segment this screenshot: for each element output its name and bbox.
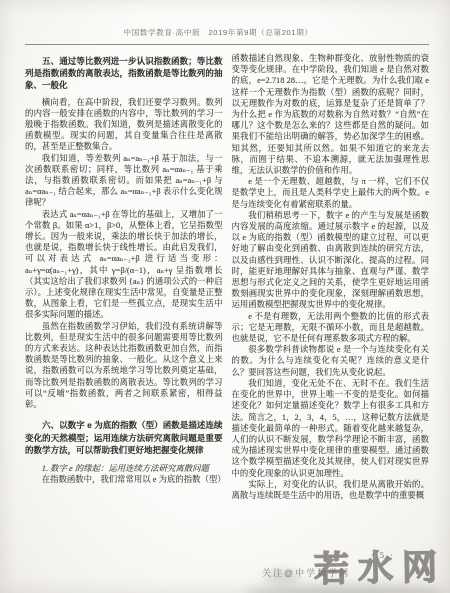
two-column-body: 五、通过等比数列进一步认识指数函数；等比数列是指数函数的离散表达，指数函数是等比…: [25, 53, 429, 575]
body-paragraph: 虽然在指数函数学习伊始，我们没有系统讲解等比数列，但是现实生活中的很多问题需要用…: [25, 321, 223, 411]
body-paragraph: 我们稍稍思考一下，数字 e 的产生与发展是函数内容发展的高度浓缩。通过展示数字 …: [232, 210, 430, 311]
journal-header: 中国数学教育·高中版 2019年第9期（总第201期）: [0, 27, 436, 38]
header-rule: [25, 44, 429, 45]
section-5-heading: 五、通过等比数列进一步认识指数函数；等比数列是指数函数的离散表达，指数函数是等比…: [25, 55, 223, 92]
journal-page: 中国数学教育·高中版 2019年第9期（总第201期） 五、通过等比数列进一步认…: [0, 0, 450, 593]
scan-smudge: [264, 571, 300, 583]
body-paragraph: e 是一个无理数、超越数，与 π 一样，它们不仅是数学史上，而且是人类科学史上最…: [232, 176, 430, 210]
body-paragraph: 在指数函数中，我们常常用以 e 为底的指数（型）: [25, 474, 223, 485]
subsection-1-heading: 1. 数字 e 的缘起：运用连续方法研究离散问题: [25, 463, 223, 474]
page-number: · 5 ·: [371, 550, 395, 560]
left-column: 五、通过等比数列进一步认识指数函数；等比数列是指数函数的离散表达，指数函数是等比…: [25, 53, 223, 575]
body-paragraph: 我们知道，变化无处不在、无时不在。我们生活在变化的世界中，世界上唯一不变的是变化…: [232, 378, 430, 479]
body-paragraph: 很多数学科普读物都说 e 是一个与连续变化有关的数。为什么与连续变化有关呢？连续…: [232, 344, 430, 378]
body-paragraph: 表达式 aₙ=αaₙ₋₁+β 在等比的基础上，又增加了一个常数 β。如果 α>1…: [25, 209, 223, 321]
body-paragraph: e 不是有理数，无法用两个整数的比值的形式表示；它是无理数，无限不循环小数，而且…: [232, 311, 430, 345]
scan-smudge: [244, 585, 444, 593]
section-6-heading: 六、以数字 e 为底的指数（型）函数是描述连续变化的天然模型；运用连续方法研究离…: [25, 419, 223, 456]
body-paragraph: 横向看，在高中阶段，我们还要学习数列。数列的内容一般安排在函数的内容中，等比数列…: [25, 97, 223, 153]
body-paragraph: 函数描述自然现象、生物种群变化、放射性物质的衰变等变化规律。在中学阶段，我们知道…: [232, 53, 430, 176]
body-paragraph: 我们知道，等差数列 aₙ=aₙ₋₁+β 基于加法，与一次函数联系密切；同样，等比…: [25, 153, 223, 209]
right-column: 函数描述自然现象、生物种群变化、放射性物质的衰变等变化规律。在中学阶段，我们知道…: [232, 53, 430, 575]
body-paragraph: 实际上，对变化的认识，我们是从离散开始的。离散与连续既是生活中的用语，也是数学中…: [232, 479, 430, 501]
